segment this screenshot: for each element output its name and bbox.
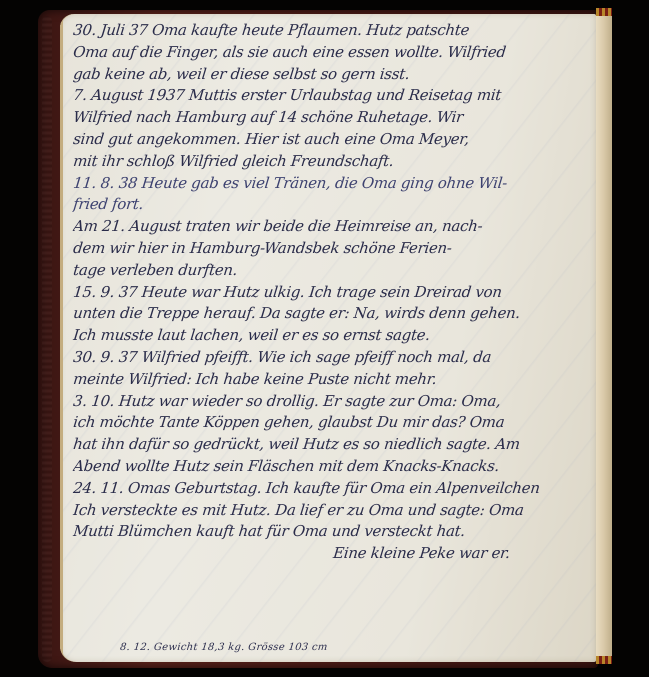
- diary-line: Mutti Blümchen kauft hat für Oma und ver…: [72, 521, 592, 543]
- page-edges-gilt: [596, 8, 612, 664]
- diary-line: 7. August 1937 Muttis erster Urlaubstag …: [72, 85, 592, 107]
- diary-line: dem wir hier in Hamburg-Wandsbek schöne …: [72, 238, 592, 260]
- diary-line: fried fort.: [72, 194, 592, 216]
- diary-page: 30. Juli 37 Oma kaufte heute Pflaumen. H…: [60, 14, 596, 662]
- diary-line: ich möchte Tante Köppen gehen, glaubst D…: [72, 412, 592, 434]
- diary-line: 3. 10. Hutz war wieder so drollig. Er sa…: [72, 391, 592, 413]
- diary-line: 15. 9. 37 Heute war Hutz ulkig. Ich trag…: [72, 282, 592, 304]
- diary-line: hat ihn dafür so gedrückt, weil Hutz es …: [72, 434, 592, 456]
- diary-line: tage verleben durften.: [72, 260, 592, 282]
- diary-line: 30. 9. 37 Wilfried pfeifft. Wie ich sage…: [72, 347, 592, 369]
- weight-height-note: 8. 12. Gewicht 18,3 kg. Grösse 103 cm: [119, 642, 328, 653]
- diary-line: Ich versteckte es mit Hutz. Da lief er z…: [72, 500, 592, 522]
- diary-line: Ich musste laut lachen, weil er es so er…: [72, 325, 592, 347]
- diary-line: gab keine ab, weil er diese selbst so ge…: [72, 64, 592, 86]
- diary-line: unten die Treppe herauf. Da sagte er: Na…: [72, 303, 592, 325]
- diary-line: 24. 11. Omas Geburtstag. Ich kaufte für …: [72, 478, 592, 500]
- diary-line: 30. Juli 37 Oma kaufte heute Pflaumen. H…: [72, 20, 592, 42]
- diary-line: Eine kleine Peke war er.: [72, 543, 592, 565]
- page-gutter-border: [60, 14, 63, 662]
- diary-line: meinte Wilfried: Ich habe keine Puste ni…: [72, 369, 592, 391]
- diary-line: Oma auf die Finger, als sie auch eine es…: [72, 42, 592, 64]
- diary-line: Abend wollte Hutz sein Fläschen mit dem …: [72, 456, 592, 478]
- diary-line: Am 21. August traten wir beide die Heimr…: [72, 216, 592, 238]
- diary-line: mit ihr schloß Wilfried gleich Freundsch…: [72, 151, 592, 173]
- diary-line: sind gut angekommen. Hier ist auch eine …: [72, 129, 592, 151]
- diary-line: Wilfried nach Hamburg auf 14 schöne Ruhe…: [72, 107, 592, 129]
- handwritten-text-block: 30. Juli 37 Oma kaufte heute Pflaumen. H…: [72, 20, 590, 662]
- diary-line: 11. 8. 38 Heute gab es viel Tränen, die …: [72, 173, 592, 195]
- photo-scene: 30. Juli 37 Oma kaufte heute Pflaumen. H…: [0, 0, 649, 677]
